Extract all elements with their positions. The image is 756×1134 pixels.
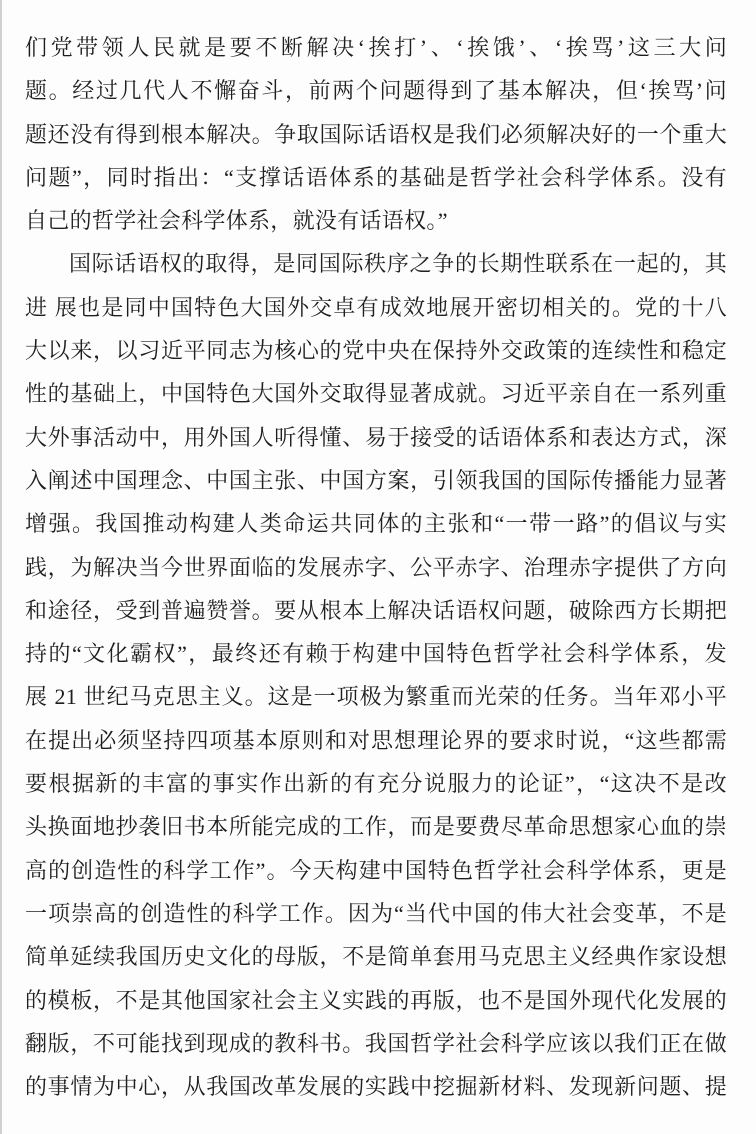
text-line: 的模板，不是其他国家社会主义实践的再版，也不是国外现代化发展的: [25, 979, 727, 1022]
text-line: 持的“文化霸权”，最终还有赖于构建中国特色哲学社会科学体系，发: [25, 632, 727, 675]
text-line: 国际话语权的取得，是同国际秩序之争的长期性联系在一起的，其: [25, 242, 727, 285]
text-line: 问题”，同时指出：“支撑话语体系的基础是哲学社会科学体系。没有: [25, 156, 727, 199]
text-line: 翻版，不可能找到现成的教科书。我国哲学社会科学应该以我们正在做: [25, 1022, 727, 1065]
text-line: 一项崇高的创造性的科学工作。因为“当代中国的伟大社会变革，不是: [25, 892, 727, 935]
scan-edge-artifact: [0, 0, 2, 1134]
text-line: 的事情为中心，从我国改革发展的实践中挖掘新材料、发现新问题、提: [25, 1065, 727, 1108]
text-line: 性的基础上，中国特色大国外交取得显著成就。习近平亲自在一系列重: [25, 372, 727, 415]
text-line: 简单延续我国历史文化的母版，不是简单套用马克思主义经典作家设想: [25, 935, 727, 978]
text-line: 入阐述中国理念、中国主张、中国方案，引领我国的国际传播能力显著: [25, 459, 727, 502]
text-line: 大以来，以习近平同志为核心的党中央在保持外交政策的连续性和稳定: [25, 329, 727, 372]
text-line: 践，为解决当今世界面临的发展赤字、公平赤字、治理赤字提供了方向: [25, 546, 727, 589]
text-line: 在提出必须坚持四项基本原则和对思想理论界的要求时说，“这些都需: [25, 719, 727, 762]
page-text: 们党带领人民就是要不断解决‘挨打’、‘挨饿’、‘挨骂’这三大问题。经过几代人不懈…: [25, 26, 727, 1108]
text-line: 头换面地抄袭旧书本所能完成的工作，而是要费尽革命思想家心血的崇: [25, 805, 727, 848]
text-line: 进 展也是同中国特色大国外交卓有成效地展开密切相关的。党的十八: [25, 286, 727, 329]
text-line: 和途径，受到普遍赞誉。要从根本上解决话语权问题，破除西方长期把: [25, 589, 727, 632]
text-line: 自己的哲学社会科学体系，就没有话语权。”: [25, 199, 727, 242]
document-page: 们党带领人民就是要不断解决‘挨打’、‘挨饿’、‘挨骂’这三大问题。经过几代人不懈…: [0, 0, 756, 1134]
text-line: 题还没有得到根本解决。争取国际话语权是我们必须解决好的一个重大: [25, 113, 727, 156]
text-line: 展 21 世纪马克思主义。这是一项极为繁重而光荣的任务。当年邓小平: [25, 675, 727, 718]
text-line: 们党带领人民就是要不断解决‘挨打’、‘挨饿’、‘挨骂’这三大问: [25, 26, 727, 69]
text-line: 增强。我国推动构建人类命运共同体的主张和“一带一路”的倡议与实: [25, 502, 727, 545]
text-line: 要根据新的丰富的事实作出新的有充分说服力的论证”，“这决不是改: [25, 762, 727, 805]
text-line: 题。经过几代人不懈奋斗，前两个问题得到了基本解决，但‘挨骂’问: [25, 69, 727, 112]
text-line: 高的创造性的科学工作”。今天构建中国特色哲学社会科学体系，更是: [25, 849, 727, 892]
text-line: 大外事活动中，用外国人听得懂、易于接受的话语体系和表达方式，深: [25, 416, 727, 459]
